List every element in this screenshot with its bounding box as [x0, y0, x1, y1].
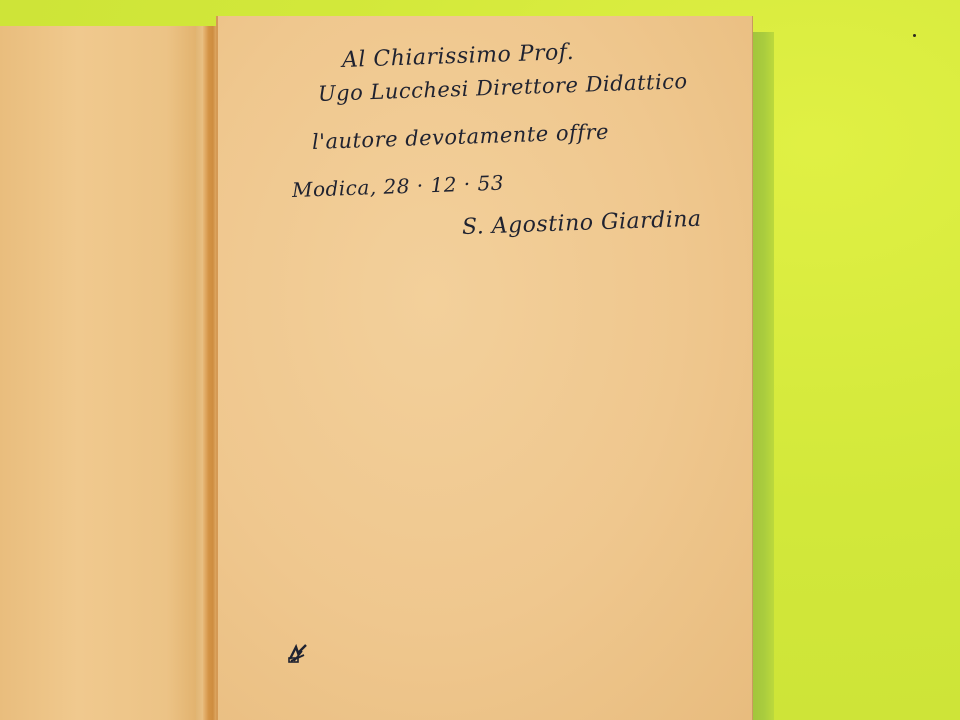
- left-page: [0, 26, 196, 720]
- book-spine: [203, 26, 217, 720]
- dust-speck: [913, 34, 916, 37]
- flyleaf-page: [216, 16, 753, 720]
- publisher-mark-icon: [286, 641, 310, 665]
